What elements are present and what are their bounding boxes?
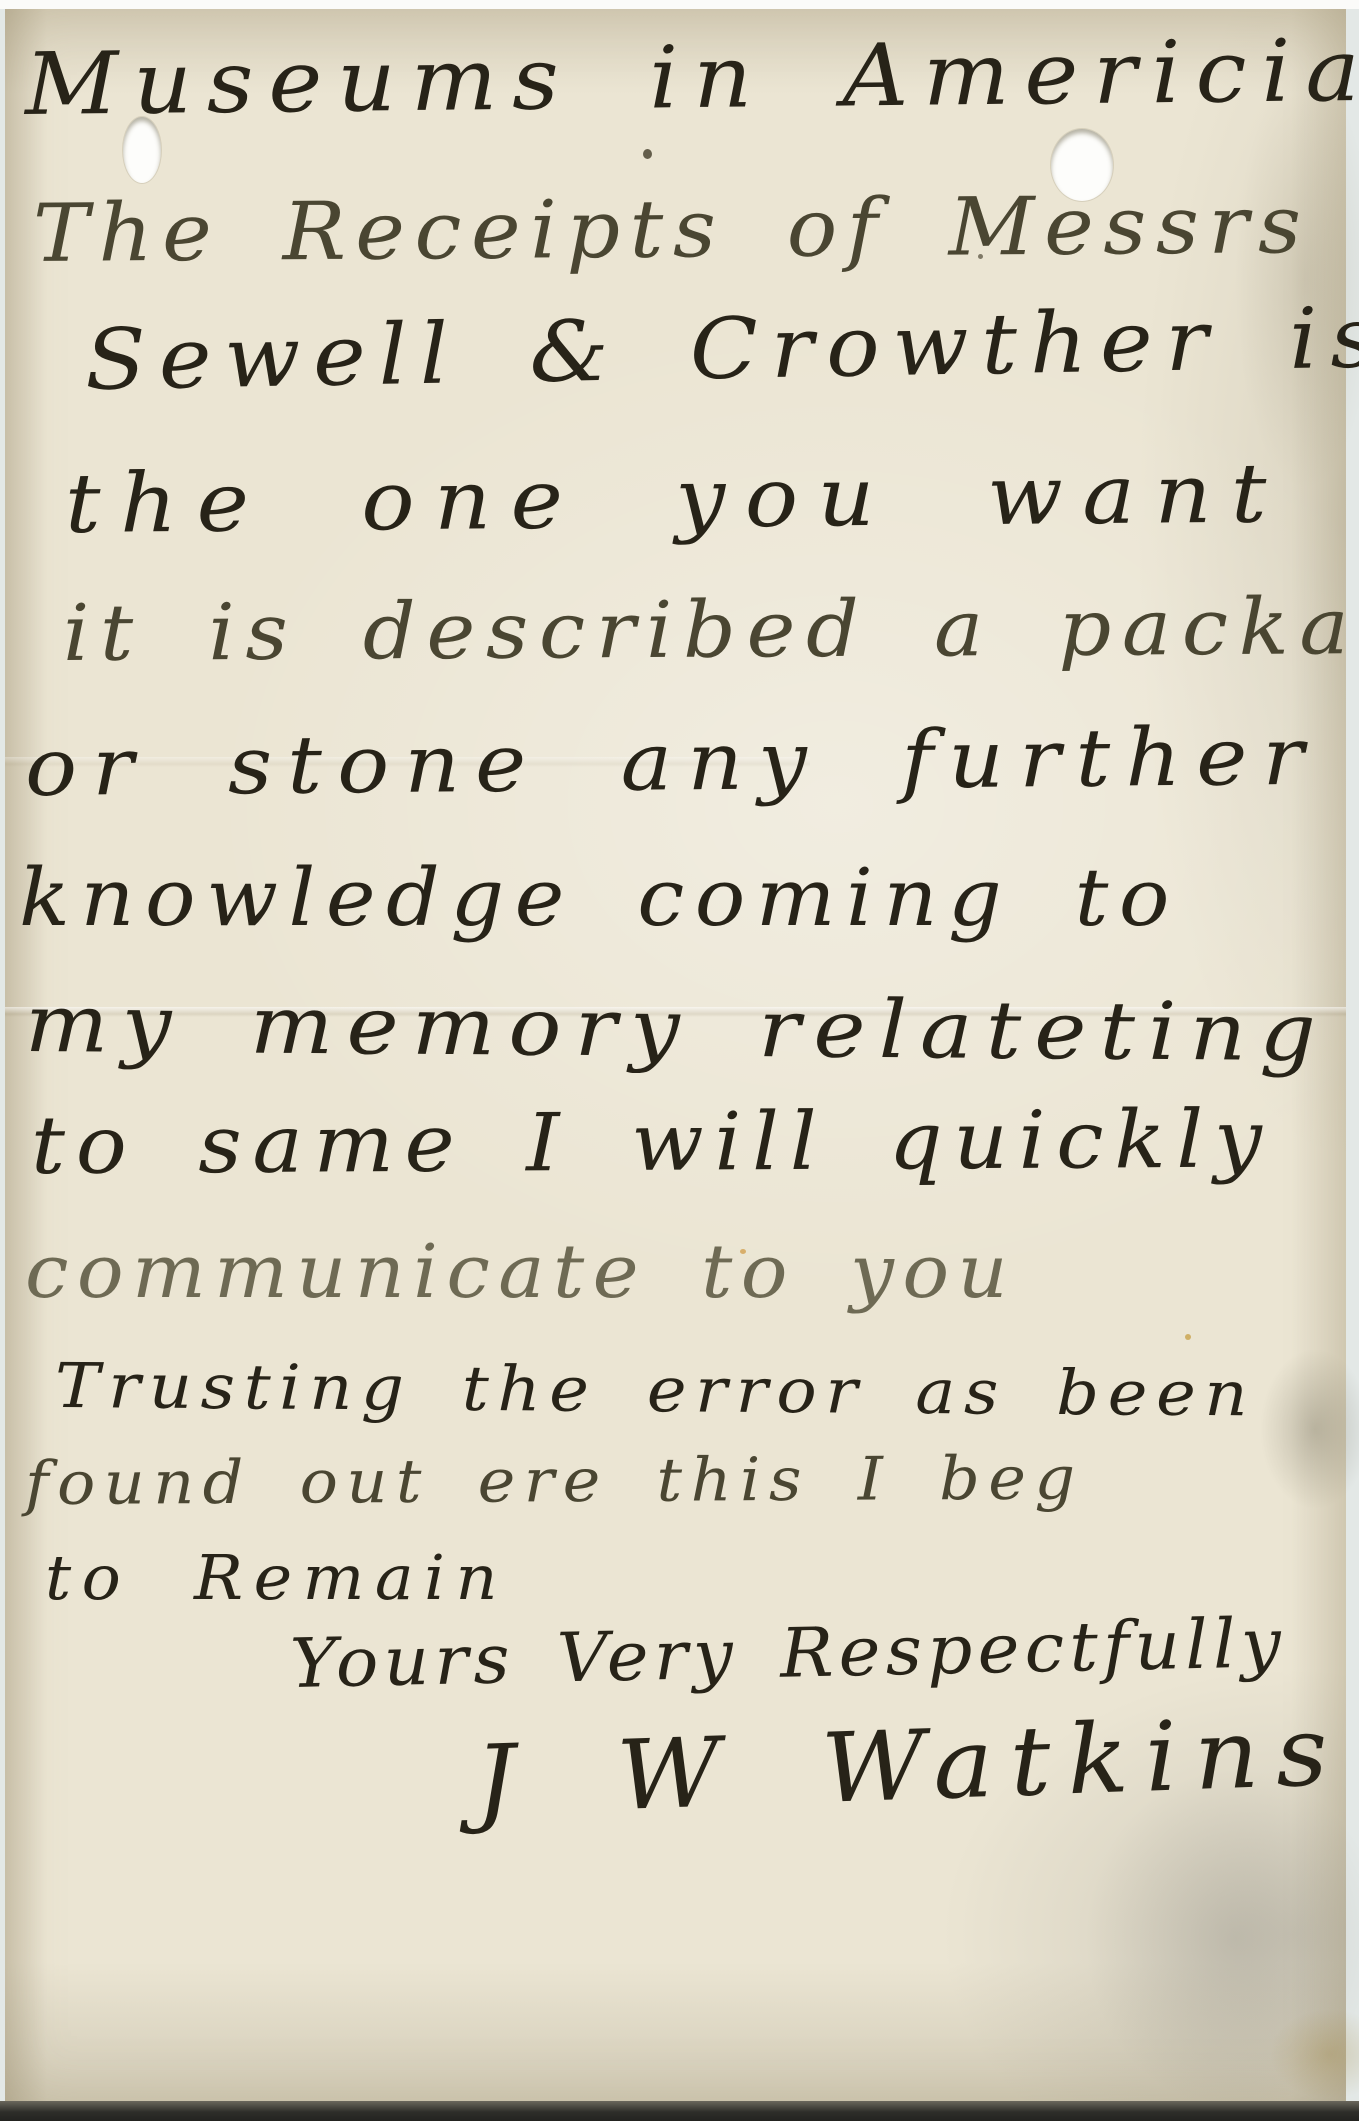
scan-top-edge [0,0,1359,9]
letter-line-4: the one you want [65,446,1287,552]
letter-line-13: to Remain [45,1541,508,1614]
letter-line-3: Sewell & Crowther is [84,288,1359,409]
letter-closing: Yours Very Respectfully [289,1604,1287,1704]
letter-line-9: to same I will quickly [31,1093,1273,1192]
ink-speck [1185,1334,1191,1340]
punch-hole-right-icon [1051,129,1113,201]
letter-line-7: knowledge coming to [19,851,1180,944]
ink-speck [643,149,652,159]
letter-line-5: it is described a package [63,582,1359,679]
ink-speck [740,1249,746,1254]
punch-hole-left-icon [123,117,161,183]
letter-line-1: Museums in Americia [24,21,1359,135]
ink-speck [978,254,983,259]
letter-scan: Museums in Americia The Receipts of Mess… [0,0,1359,2121]
scan-bottom-edge [0,2101,1359,2121]
paper-stain [1085,1769,1359,2109]
paper-stain [1260,1349,1359,1509]
paper-crease-upper [5,757,810,767]
letter-line-6: or stone any further [25,710,1320,814]
letter-page: Museums in Americia The Receipts of Mess… [5,9,1346,2102]
letter-line-11: Trusting the error as been [55,1349,1257,1430]
letter-signature: J W Watkins [473,1695,1346,1837]
paper-crease-middle [5,1007,1346,1017]
letter-line-10: communicate to you [25,1229,1016,1315]
letter-line-2: The Receipts of Messrs [33,178,1311,280]
paper-stain [1270,2009,1359,2099]
letter-line-8: my memory relateting [25,977,1330,1079]
paper-stain [1235,69,1359,489]
letter-line-12: found out ere this I beg [25,1443,1084,1519]
